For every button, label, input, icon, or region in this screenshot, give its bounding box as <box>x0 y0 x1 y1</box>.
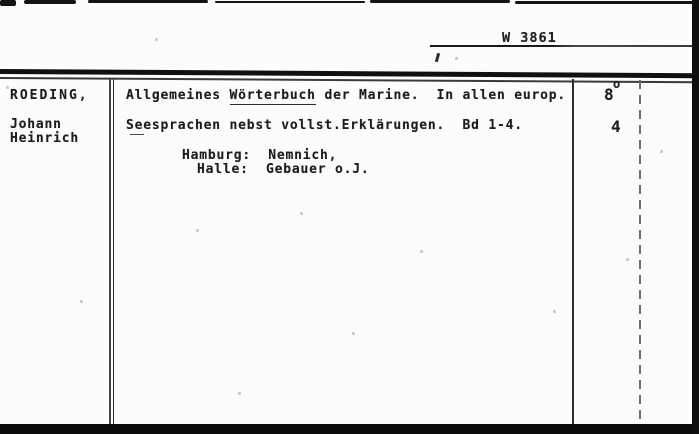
imprint-line-1: Hamburg: Nemnich, <box>182 148 337 163</box>
scan-noise-speck <box>553 310 556 313</box>
notation-column-dashed-divider <box>639 80 641 425</box>
call-number-underline <box>430 45 697 47</box>
author-column-divider-double <box>113 79 115 425</box>
card-right-edge <box>692 0 699 434</box>
scan-noise-speck <box>626 258 629 261</box>
author-given-name-2: Heinrich <box>10 131 79 146</box>
scan-noise-speck <box>196 229 199 232</box>
scan-edge-mark <box>0 0 16 6</box>
scan-edge-mark <box>88 0 208 3</box>
author-surname: ROEDING, <box>10 88 89 103</box>
scan-noise-speck <box>155 38 158 41</box>
title-line-2: Seesprachen nebst vollst.Erklärungen. Bd… <box>126 118 523 133</box>
scan-noise-speck <box>660 150 663 153</box>
scan-noise-speck <box>238 392 241 395</box>
volume-number: 4 <box>611 119 621 134</box>
scan-edge-mark <box>370 0 510 3</box>
format-superscript-o: o <box>613 77 620 92</box>
scan-edge-mark <box>515 1 699 4</box>
scan-noise-speck <box>455 57 458 60</box>
title-line-1-after: der Marine. In allen europ. <box>316 88 566 103</box>
scan-noise-speck <box>300 212 303 215</box>
catalog-card-scan: W 3861 ROEDING, Johann Heinrich Allgemei… <box>0 0 699 434</box>
scan-noise-speck <box>6 86 9 89</box>
card-bottom-edge <box>0 424 699 434</box>
title-line-1: Allgemeines Wörterbuch der Marine. In al… <box>126 88 566 103</box>
scan-edge-mark <box>215 1 365 3</box>
scan-noise-speck <box>420 250 423 253</box>
title-line-1-before: Allgemeines <box>126 88 230 103</box>
scan-noise-speck <box>80 300 83 303</box>
notation-column-divider <box>572 79 574 425</box>
partial-underline-mark <box>130 134 144 136</box>
header-rule-thin <box>0 77 699 83</box>
scan-noise-speck <box>352 332 355 335</box>
header-rule-thick <box>0 69 699 78</box>
stray-tick-mark <box>435 53 440 62</box>
imprint-line-2: Halle: Gebauer o.J. <box>197 162 370 177</box>
call-number: W 3861 <box>502 31 557 46</box>
title-underlined-word: Wörterbuch <box>230 88 316 105</box>
format-number: 8 <box>604 87 614 102</box>
author-given-name-1: Johann <box>10 117 62 132</box>
scan-edge-mark <box>24 0 76 4</box>
author-column-divider <box>109 79 111 425</box>
